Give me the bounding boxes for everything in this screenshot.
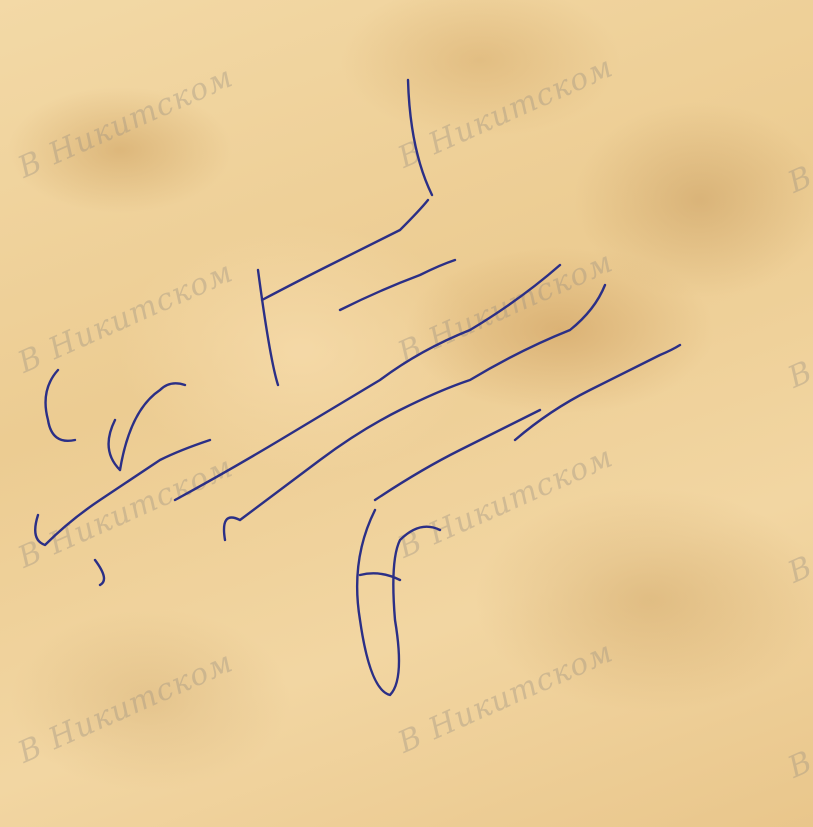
handwriting bbox=[0, 0, 813, 827]
autograph-page: В Никитском В Никитском В Никитском В Ни… bbox=[0, 0, 813, 827]
